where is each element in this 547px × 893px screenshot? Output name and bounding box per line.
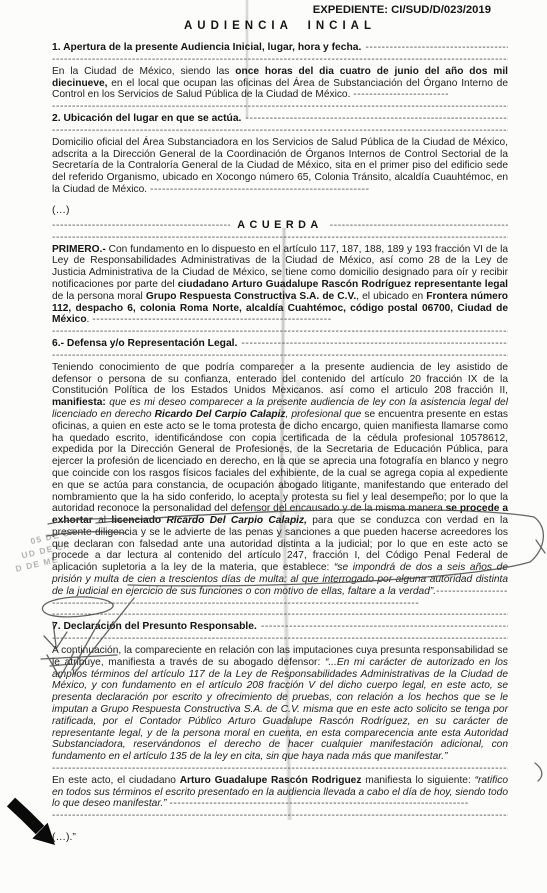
section-7-heading-label: 7. Declaración del Presunto Responsable. bbox=[52, 621, 257, 633]
section-6-heading: 6.- Defensa y/o Representación Legal. --… bbox=[52, 338, 508, 350]
dash-separator: ----------------------------------------… bbox=[52, 125, 508, 137]
dash-separator: ----------------------------------------… bbox=[52, 633, 508, 645]
section-1-heading-label: 1. Apertura de la presente Audiencia Ini… bbox=[52, 42, 361, 54]
dash-separator: ----------------------------------------… bbox=[52, 232, 508, 244]
document-title: AUDIENCIA INCIAL bbox=[52, 19, 508, 33]
dash-separator: ----------------------------------------… bbox=[52, 609, 508, 621]
dash-fill: ----------------------------------------… bbox=[330, 220, 508, 232]
section-6-heading-label: 6.- Defensa y/o Representación Legal. bbox=[52, 338, 237, 350]
dash-separator: ----------------------------------------… bbox=[52, 350, 508, 362]
dash-separator: ----------------------------------------… bbox=[52, 54, 508, 66]
section-1-heading: 1. Apertura de la presente Audiencia Ini… bbox=[52, 42, 508, 54]
dash-separator: ----------------------------------------… bbox=[52, 326, 508, 338]
dash-separator: ----------------------------------------… bbox=[52, 101, 508, 113]
scanned-legal-document-page: EXPEDIENTE: CI/SUD/D/023/2019 AUDIENCIA … bbox=[0, 0, 547, 893]
paragraph-primero: PRIMERO.- Con fundamento en lo dispuesto… bbox=[52, 244, 508, 327]
dash-fill: ----------------------------------------… bbox=[245, 113, 508, 125]
document-body: EXPEDIENTE: CI/SUD/D/023/2019 AUDIENCIA … bbox=[0, 0, 547, 893]
dash-fill: ----------------------------------------… bbox=[52, 220, 230, 232]
section-2-heading: 2. Ubicación del lugar en que se actúa. … bbox=[52, 113, 508, 125]
paragraph-ratificacion: En este acto, el ciudadano Arturo Guadal… bbox=[52, 775, 508, 810]
paragraph-defensa: Teniendo conocimiento de que podría comp… bbox=[52, 362, 508, 610]
dash-separator: ----------------------------------------… bbox=[52, 763, 508, 775]
section-2-heading-label: 2. Ubicación del lugar en que se actúa. bbox=[52, 113, 241, 125]
acuerda-heading-label: ACUERDA bbox=[230, 219, 330, 231]
paragraph-declaracion: A continuación, la compareciente en rela… bbox=[52, 645, 508, 763]
section-7-heading: 7. Declaración del Presunto Responsable.… bbox=[52, 621, 508, 633]
dash-fill: ----------------------------------------… bbox=[241, 338, 508, 350]
paragraph-apertura: En la Ciudad de México, siendo las once … bbox=[52, 66, 508, 101]
omission-ellipsis: (…) bbox=[52, 204, 508, 216]
closing-ellipsis: (…).” bbox=[52, 831, 508, 843]
dash-fill: ----------------------------------------… bbox=[365, 42, 508, 54]
acuerda-heading: ----------------------------------------… bbox=[52, 219, 508, 232]
dash-separator: ----------------------------------------… bbox=[52, 810, 508, 822]
expediente-number: EXPEDIENTE: CI/SUD/D/023/2019 bbox=[52, 4, 508, 17]
paragraph-ubicacion: Domicilio oficial del Área Substanciador… bbox=[52, 137, 508, 196]
dash-fill: ----------------------------------------… bbox=[261, 621, 508, 633]
